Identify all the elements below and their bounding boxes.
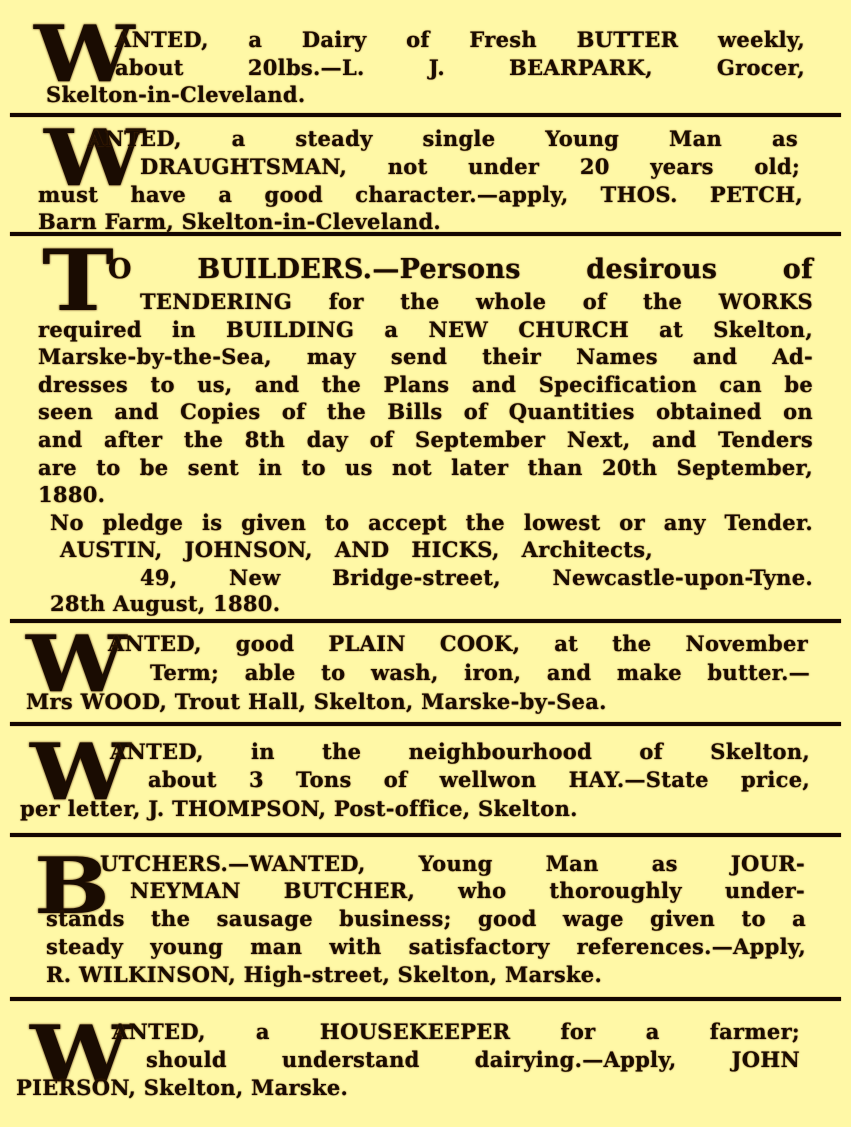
ad-line: seen and Copies of the Bills of Quantiti… xyxy=(38,400,813,424)
ad-line: ANTED, good PLAIN COOK, at the November xyxy=(108,632,808,656)
ad-line: ANTED, a steady single Young Man as xyxy=(88,127,798,151)
ad-heading-line: O BUILDERS.—Persons desirous of xyxy=(108,255,813,285)
ad-line: DRAUGHTSMAN, not under 20 years old; xyxy=(140,155,800,179)
ad-line: and after the 8th day of September Next,… xyxy=(38,428,813,452)
ad-line: about 3 Tons of wellwon HAY.—State price… xyxy=(148,768,810,792)
ad-line: must have a good character.—apply, THOS.… xyxy=(38,183,803,207)
ad-line: dresses to us, and the Plans and Specifi… xyxy=(38,373,813,397)
ad-line: ANTED, in the neighbourhood of Skelton, xyxy=(110,740,810,764)
ad-line: per letter, J. THOMPSON, Post-office, Sk… xyxy=(20,797,578,821)
ad-line: No pledge is given to accept the lowest … xyxy=(50,511,813,535)
ad-line: AUSTIN, JOHNSON, AND HICKS, Architects, xyxy=(60,538,653,562)
ad-line: Skelton-in-Cleveland. xyxy=(46,83,305,107)
ad-line: Marske-by-the-Sea, may send their Names … xyxy=(38,345,813,369)
ad-line: about 20lbs.—L. J. BEARPARK, Grocer, xyxy=(115,56,805,80)
ad-line: PIERSON, Skelton, Marske. xyxy=(16,1076,348,1100)
divider-rule xyxy=(10,619,841,623)
ad-line: steady young man with satisfactory refer… xyxy=(46,935,806,959)
ad-line: 49, New Bridge-street, Newcastle-upon-Ty… xyxy=(140,566,813,590)
ad-line: TENDERING for the whole of the WORKS xyxy=(140,290,813,314)
ad-line: required in BUILDING a NEW CHURCH at Ske… xyxy=(38,318,813,342)
ad-line: 1880. xyxy=(38,483,105,507)
ad-line: Term; able to wash, iron, and make butte… xyxy=(150,661,810,685)
ad-line: ANTED, a Dairy of Fresh BUTTER weekly, xyxy=(115,28,805,52)
ad-line: R. WILKINSON, High-street, Skelton, Mars… xyxy=(46,963,602,987)
ad-line: stands the sausage business; good wage g… xyxy=(46,907,806,931)
divider-rule xyxy=(10,722,841,726)
divider-rule xyxy=(10,997,841,1001)
ad-line: UTCHERS.—WANTED, Young Man as JOUR- xyxy=(100,852,805,876)
drop-cap: T xyxy=(42,246,114,316)
ad-line: should understand dairying.—Apply, JOHN xyxy=(146,1048,800,1072)
ad-line: are to be sent in to us not later than 2… xyxy=(38,456,813,480)
ad-line: ANTED, a HOUSEKEEPER for a farmer; xyxy=(112,1020,800,1044)
divider-rule xyxy=(10,232,841,236)
divider-rule xyxy=(10,833,841,837)
newspaper-clipping: W ANTED, a Dairy of Fresh BUTTER weekly,… xyxy=(0,0,851,1127)
ad-line: 28th August, 1880. xyxy=(50,592,280,616)
ad-line: Mrs WOOD, Trout Hall, Skelton, Marske-by… xyxy=(26,690,607,714)
ad-line: NEYMAN BUTCHER, who thoroughly under- xyxy=(130,879,805,903)
